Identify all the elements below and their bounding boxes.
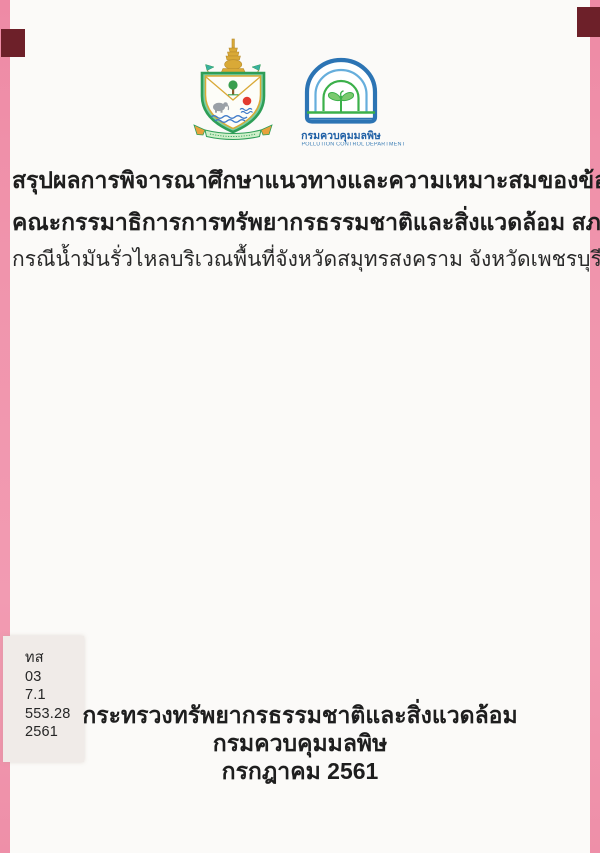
- publisher-department: กรมควบคุมมลพิษ: [0, 729, 600, 757]
- publisher-ministry: กระทรวงทรัพยากรธรรมชาติและสิ่งแวดล้อม: [0, 701, 600, 729]
- title-line-2: คณะกรรมาธิการการทรัพยากรธรรมชาติและสิ่งแ…: [12, 207, 588, 237]
- pcd-logo: กรมควบคุมมลพิษ POLLUTION CONTROL DEPARTM…: [298, 56, 384, 149]
- scan-edge-mark-top-left: [1, 29, 25, 57]
- publisher-block: กระทรวงทรัพยากรธรรมชาติและสิ่งแวดล้อม กร…: [0, 701, 600, 785]
- ministry-crest-icon: [189, 38, 277, 142]
- ministry-crest-logo: [189, 38, 277, 142]
- pcd-english-name: POLLUTION CONTROL DEPARTMENT: [301, 142, 380, 148]
- title-line-1: สรุปผลการพิจารณาศึกษาแนวทางและความเหมาะส…: [12, 165, 588, 195]
- pcd-arch-icon: [299, 56, 383, 124]
- publish-date: กรกฎาคม 2561: [0, 757, 600, 785]
- title-subtitle: กรณีน้ำมันรั่วไหลบริเวณพื้นที่จังหวัดสมุ…: [12, 246, 588, 274]
- crest-sun-icon: [243, 97, 252, 106]
- call-number-line: 03: [25, 668, 84, 687]
- call-number-line: ทส: [25, 649, 84, 668]
- scan-edge-mark-top-right: [577, 7, 600, 37]
- pcd-thai-name: กรมควบคุมมลพิษ: [298, 130, 384, 142]
